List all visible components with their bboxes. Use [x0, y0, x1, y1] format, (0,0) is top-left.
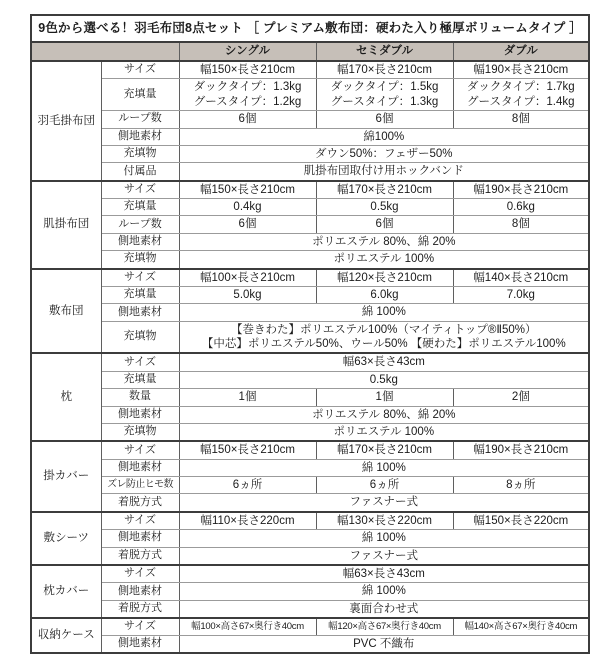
spec-label: サイズ [101, 565, 179, 583]
table-row: 充填物ポリエステル 100% [31, 423, 589, 441]
spec-value: PVC 不織布 [179, 635, 589, 650]
spec-value: 6個 [179, 111, 316, 128]
spec-value: 綿 100% [179, 304, 589, 321]
spec-value: 肌掛布団取付け用ホックバンド [179, 163, 589, 181]
table-row: 枕カバーサイズ幅63×長さ43cm [31, 565, 589, 583]
spec-sheet: 9色から選べる！羽毛布団8点セット ［ プレミアム敷布団：硬わた入り極厚ボリュー… [30, 14, 588, 650]
table-row: 側地素材綿 100% [31, 583, 589, 600]
spec-value: 幅100×長さ210cm [179, 269, 316, 287]
spec-value: 幅150×長さ210cm [179, 61, 316, 79]
spec-label: 側地素材 [101, 233, 179, 250]
section-label: 枕 [31, 353, 101, 441]
table-row: 側地素材綿100% [31, 128, 589, 145]
spec-value: 6個 [179, 216, 316, 233]
spec-value: 5.0kg [179, 286, 316, 303]
section-label: 収納ケース [31, 618, 101, 650]
spec-label: サイズ [101, 618, 179, 635]
spec-label: 側地素材 [101, 583, 179, 600]
spec-value: 0.6kg [453, 199, 589, 216]
spec-label: サイズ [101, 512, 179, 530]
spec-value: 幅120×高さ67×奥行き40cm [316, 618, 453, 635]
table-row: 数量1個1個2個 [31, 389, 589, 406]
column-header: セミダブル [316, 42, 453, 61]
spec-label: 側地素材 [101, 304, 179, 321]
spec-value: ダウン50%：フェザー50% [179, 145, 589, 162]
spec-label: サイズ [101, 61, 179, 79]
spec-value: 1個 [316, 389, 453, 406]
spec-label: 着脱方式 [101, 547, 179, 565]
spec-table: 9色から選べる！羽毛布団8点セット ［ プレミアム敷布団：硬わた入り極厚ボリュー… [30, 14, 590, 650]
spec-value: 1個 [179, 389, 316, 406]
section-label: 枕カバー [31, 565, 101, 618]
spec-label: サイズ [101, 269, 179, 287]
table-row: 充填物ダウン50%：フェザー50% [31, 145, 589, 162]
spec-label: 付属品 [101, 163, 179, 181]
title-row: 9色から選べる！羽毛布団8点セット ［ プレミアム敷布団：硬わた入り極厚ボリュー… [31, 15, 589, 42]
table-row: ループ数6個6個8個 [31, 216, 589, 233]
spec-value: 0.5kg [179, 371, 589, 388]
spec-label: ループ数 [101, 216, 179, 233]
spec-value: 幅150×長さ210cm [179, 441, 316, 459]
spec-label: 着脱方式 [101, 600, 179, 618]
spec-value: 8個 [453, 216, 589, 233]
spec-value: 幅190×長さ210cm [453, 61, 589, 79]
table-row: 肌掛布団サイズ幅150×長さ210cm幅170×長さ210cm幅190×長さ21… [31, 181, 589, 199]
spec-value: 幅190×長さ210cm [453, 441, 589, 459]
spec-label: 充填物 [101, 145, 179, 162]
table-row: 充填量ダックタイプ：1.3kg グースタイプ：1.2kgダックタイプ：1.5kg… [31, 79, 589, 111]
spec-value: 2個 [453, 389, 589, 406]
spec-label: 着脱方式 [101, 494, 179, 512]
spec-value: 0.4kg [179, 199, 316, 216]
table-row: 着脱方式ファスナー式 [31, 494, 589, 512]
spec-value: 8ヵ所 [453, 477, 589, 494]
spec-value: ファスナー式 [179, 494, 589, 512]
section-label: 敷布団 [31, 269, 101, 354]
spec-label: 充填物 [101, 251, 179, 269]
spec-value: 7.0kg [453, 286, 589, 303]
spec-value: ポリエステル 80%、綿 20% [179, 406, 589, 423]
spec-label: 側地素材 [101, 406, 179, 423]
spec-value: 幅140×高さ67×奥行き40cm [453, 618, 589, 635]
spec-label: サイズ [101, 181, 179, 199]
spec-value: 幅100×高さ67×奥行き40cm [179, 618, 316, 635]
table-row: 敷シーツサイズ幅110×長さ220cm幅130×長さ220cm幅150×長さ22… [31, 512, 589, 530]
spec-label: サイズ [101, 353, 179, 371]
spec-label: 側地素材 [101, 128, 179, 145]
spec-label: 充填物 [101, 423, 179, 441]
table-row: 充填物ポリエステル 100% [31, 251, 589, 269]
spec-label: サイズ [101, 441, 179, 459]
spec-value: 幅150×長さ210cm [179, 181, 316, 199]
spec-value: 6個 [316, 216, 453, 233]
spec-value: 綿 100% [179, 459, 589, 476]
spec-label: 充填量 [101, 79, 179, 111]
spec-value: 8個 [453, 111, 589, 128]
table-row: 側地素材PVC 不織布 [31, 635, 589, 650]
spec-label: 充填量 [101, 199, 179, 216]
spec-value: 綿100% [179, 128, 589, 145]
table-row: 充填量5.0kg6.0kg7.0kg [31, 286, 589, 303]
table-row: 着脱方式裏面合わせ式 [31, 600, 589, 618]
spec-value: 綿 100% [179, 583, 589, 600]
section-label: 敷シーツ [31, 512, 101, 565]
spec-value: 幅110×長さ220cm [179, 512, 316, 530]
table-row: 着脱方式ファスナー式 [31, 547, 589, 565]
spec-value: 【巻きわた】ポリエステル100%（マイティトップ®Ⅱ50%） 【中芯】ポリエステ… [179, 321, 589, 353]
spec-value: 6個 [316, 111, 453, 128]
page-title: 9色から選べる！羽毛布団8点セット ［ プレミアム敷布団：硬わた入り極厚ボリュー… [31, 15, 589, 42]
table-row: 側地素材綿 100% [31, 459, 589, 476]
table-row: 敷布団サイズ幅100×長さ210cm幅120×長さ210cm幅140×長さ210… [31, 269, 589, 287]
spec-label: 側地素材 [101, 459, 179, 476]
spec-label: 充填物 [101, 321, 179, 353]
table-row: ループ数6個6個8個 [31, 111, 589, 128]
table-row: 羽毛掛布団サイズ幅150×長さ210cm幅170×長さ210cm幅190×長さ2… [31, 61, 589, 79]
table-row: 側地素材ポリエステル 80%、綿 20% [31, 233, 589, 250]
table-row: 掛カバーサイズ幅150×長さ210cm幅170×長さ210cm幅190×長さ21… [31, 441, 589, 459]
spec-label: 側地素材 [101, 530, 179, 547]
table-row: 側地素材綿 100% [31, 530, 589, 547]
spec-value: 幅63×長さ43cm [179, 353, 589, 371]
table-row: 充填物【巻きわた】ポリエステル100%（マイティトップ®Ⅱ50%） 【中芯】ポリ… [31, 321, 589, 353]
column-header: ダブル [453, 42, 589, 61]
spec-value: 6.0kg [316, 286, 453, 303]
column-header: シングル [179, 42, 316, 61]
spec-value: 綿 100% [179, 530, 589, 547]
spec-label: ループ数 [101, 111, 179, 128]
spec-label: 充填量 [101, 286, 179, 303]
spec-value: 裏面合わせ式 [179, 600, 589, 618]
table-row: 充填量0.5kg [31, 371, 589, 388]
spec-value: 幅120×長さ210cm [316, 269, 453, 287]
spec-label: 充填量 [101, 371, 179, 388]
spec-value: 幅190×長さ210cm [453, 181, 589, 199]
table-row: 側地素材ポリエステル 80%、綿 20% [31, 406, 589, 423]
spec-value: ダックタイプ：1.3kg グースタイプ：1.2kg [179, 79, 316, 111]
spec-label: 数量 [101, 389, 179, 406]
spec-value: 幅170×長さ210cm [316, 181, 453, 199]
table-row: 付属品肌掛布団取付け用ホックバンド [31, 163, 589, 181]
size-column-headers: シングルセミダブルダブル [31, 42, 589, 61]
spec-value: ポリエステル 100% [179, 251, 589, 269]
table-row: 枕サイズ幅63×長さ43cm [31, 353, 589, 371]
spec-value: ポリエステル 100% [179, 423, 589, 441]
spec-value: ダックタイプ：1.7kg グースタイプ：1.4kg [453, 79, 589, 111]
spec-value: 幅130×長さ220cm [316, 512, 453, 530]
spec-value: 幅170×長さ210cm [316, 441, 453, 459]
spec-value: 幅63×長さ43cm [179, 565, 589, 583]
section-label: 掛カバー [31, 441, 101, 512]
spec-value: 0.5kg [316, 199, 453, 216]
table-row: 収納ケースサイズ幅100×高さ67×奥行き40cm幅120×高さ67×奥行き40… [31, 618, 589, 635]
spec-value: 幅150×長さ220cm [453, 512, 589, 530]
corner-cell [31, 42, 179, 61]
spec-value: 幅140×長さ210cm [453, 269, 589, 287]
spec-value: ダックタイプ：1.5kg グースタイプ：1.3kg [316, 79, 453, 111]
section-label: 肌掛布団 [31, 181, 101, 269]
spec-value: ファスナー式 [179, 547, 589, 565]
table-row: 充填量0.4kg0.5kg0.6kg [31, 199, 589, 216]
spec-value: ポリエステル 80%、綿 20% [179, 233, 589, 250]
spec-value: 6ヵ所 [316, 477, 453, 494]
spec-label: ズレ防止ヒモ数 [101, 477, 179, 494]
table-row: 側地素材綿 100% [31, 304, 589, 321]
spec-label: 側地素材 [101, 635, 179, 650]
spec-value: 幅170×長さ210cm [316, 61, 453, 79]
section-label: 羽毛掛布団 [31, 61, 101, 181]
table-row: ズレ防止ヒモ数6ヵ所6ヵ所8ヵ所 [31, 477, 589, 494]
spec-value: 6ヵ所 [179, 477, 316, 494]
